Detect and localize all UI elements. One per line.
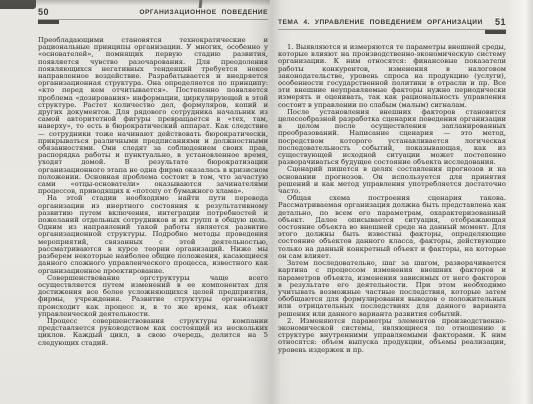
running-title: ТЕМА 4. УПРАВЛЕНИЕ ПОВЕДЕНИЕМ ОРГАНИЗАЦИ… bbox=[278, 19, 483, 27]
body-paragraph: 1. Выявляются и измеряются те параметры … bbox=[278, 44, 506, 109]
body-paragraph: Общая схема построения сценария такова. … bbox=[278, 195, 506, 260]
left-page-body: Преобладающими становятся технократическ… bbox=[38, 37, 268, 347]
right-page-body: 1. Выявляются и измеряются те параметры … bbox=[278, 44, 506, 354]
left-page: 50 ОРГАНИЗАЦИОННОЕ ПОВЕДЕНИЕ Преобладающ… bbox=[0, 0, 272, 404]
body-paragraph: Процесс совершенствования структуры комп… bbox=[38, 318, 268, 347]
header-ornament-bar bbox=[485, 30, 506, 34]
left-page-header: 50 ОРГАНИЗАЦИОННОЕ ПОВЕДЕНИЕ bbox=[38, 8, 268, 20]
right-page: ТЕМА 4. УПРАВЛЕНИЕ ПОВЕДЕНИЕМ ОРГАНИЗАЦИ… bbox=[272, 0, 533, 404]
page-number: 51 bbox=[495, 18, 506, 27]
body-paragraph: Совершенствование оргструктуры чаще всег… bbox=[38, 275, 268, 318]
book-spread: 50 ОРГАНИЗАЦИОННОЕ ПОВЕДЕНИЕ Преобладающ… bbox=[0, 0, 533, 404]
body-paragraph: После установления внешних факторов стан… bbox=[278, 109, 506, 167]
body-paragraph: На этой стадии необходимо найти пути пер… bbox=[38, 195, 268, 274]
body-paragraph: Преобладающими становятся технократическ… bbox=[38, 37, 268, 195]
body-paragraph: Затем последовательно, шаг за шагом, раз… bbox=[278, 260, 506, 318]
page-edge-highlight bbox=[507, 0, 533, 404]
right-page-header: ТЕМА 4. УПРАВЛЕНИЕ ПОВЕДЕНИЕМ ОРГАНИЗАЦИ… bbox=[278, 18, 506, 30]
body-paragraph: 2. Изменяются параметры элементов произв… bbox=[278, 318, 506, 354]
page-number: 50 bbox=[38, 8, 49, 17]
header-ornament-bar bbox=[38, 20, 59, 24]
scan-top-shadow bbox=[0, 0, 270, 6]
book-gutter-shadow bbox=[248, 0, 292, 404]
body-paragraph: Сценарий пишется в целях составления про… bbox=[278, 166, 506, 195]
